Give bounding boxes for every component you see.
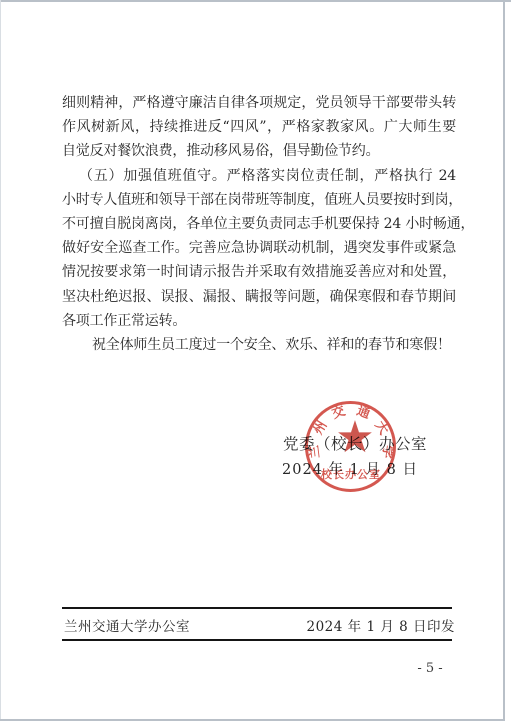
- body-line: 坚决杜绝迟报、误报、漏报、瞒报等问题，确保寒假和春节期间: [62, 285, 456, 309]
- body-line: 不可擅自脱岗离岗，各单位主要负责同志手机要保持 24 小时畅通，: [62, 212, 456, 236]
- document-page: 细则精神，严格遵守廉洁自律各项规定，党员领导干部要带头转 作风树新风，持续推进反…: [0, 0, 511, 726]
- footer-print-date: 2024 年 1 月 8 日印发: [307, 615, 456, 635]
- body-line: 细则精神，严格遵守廉洁自律各项规定，党员领导干部要带头转: [62, 91, 456, 115]
- page-edge-top: [0, 0, 511, 2]
- body-line: 自觉反对餐饮浪费，推动移风易俗，倡导勤俭节约。: [62, 139, 456, 163]
- page-edge-right: [503, 0, 505, 721]
- footer-rule-top: [62, 607, 452, 609]
- body-line: （五）加强值班值守。严格落实岗位责任制，严格执行 24: [62, 164, 456, 188]
- body-line: 作风树新风，持续推进反“四风”，严格家教家风。广大师生要: [62, 115, 456, 139]
- body-line: 祝全体师生员工度过一个安全、欢乐、祥和的春节和寒假！: [62, 333, 456, 357]
- body-text: 细则精神，严格遵守廉洁自律各项规定，党员领导干部要带头转 作风树新风，持续推进反…: [62, 91, 456, 357]
- seal-arc-char: 兰: [303, 444, 323, 459]
- body-line: 小时专人值班和领导干部在岗带班等制度，值班人员要按时到岗，: [62, 188, 456, 212]
- seal-arc-char: 学: [378, 444, 398, 459]
- footer-issuer: 兰州交通大学办公室: [64, 615, 190, 635]
- footer-rule-bottom: [62, 639, 452, 641]
- seal-bottom-text: 校长办公室: [303, 466, 399, 482]
- body-line: 做好安全巡查工作。完善应急协调联动机制，遇突发事件或紧急: [62, 236, 456, 260]
- page-edge-bottom: [0, 719, 505, 721]
- page-edge-left: [0, 0, 1, 719]
- official-seal: ★ 校长办公室 兰州交通大学: [303, 399, 399, 495]
- page-number: - 5 -: [405, 661, 455, 676]
- body-line: 情况按要求第一时间请示报告并采取有效措施妥善应对和处置，: [62, 260, 456, 284]
- seal-star-icon: ★: [335, 416, 374, 460]
- body-line: 各项工作正常运转。: [62, 309, 456, 333]
